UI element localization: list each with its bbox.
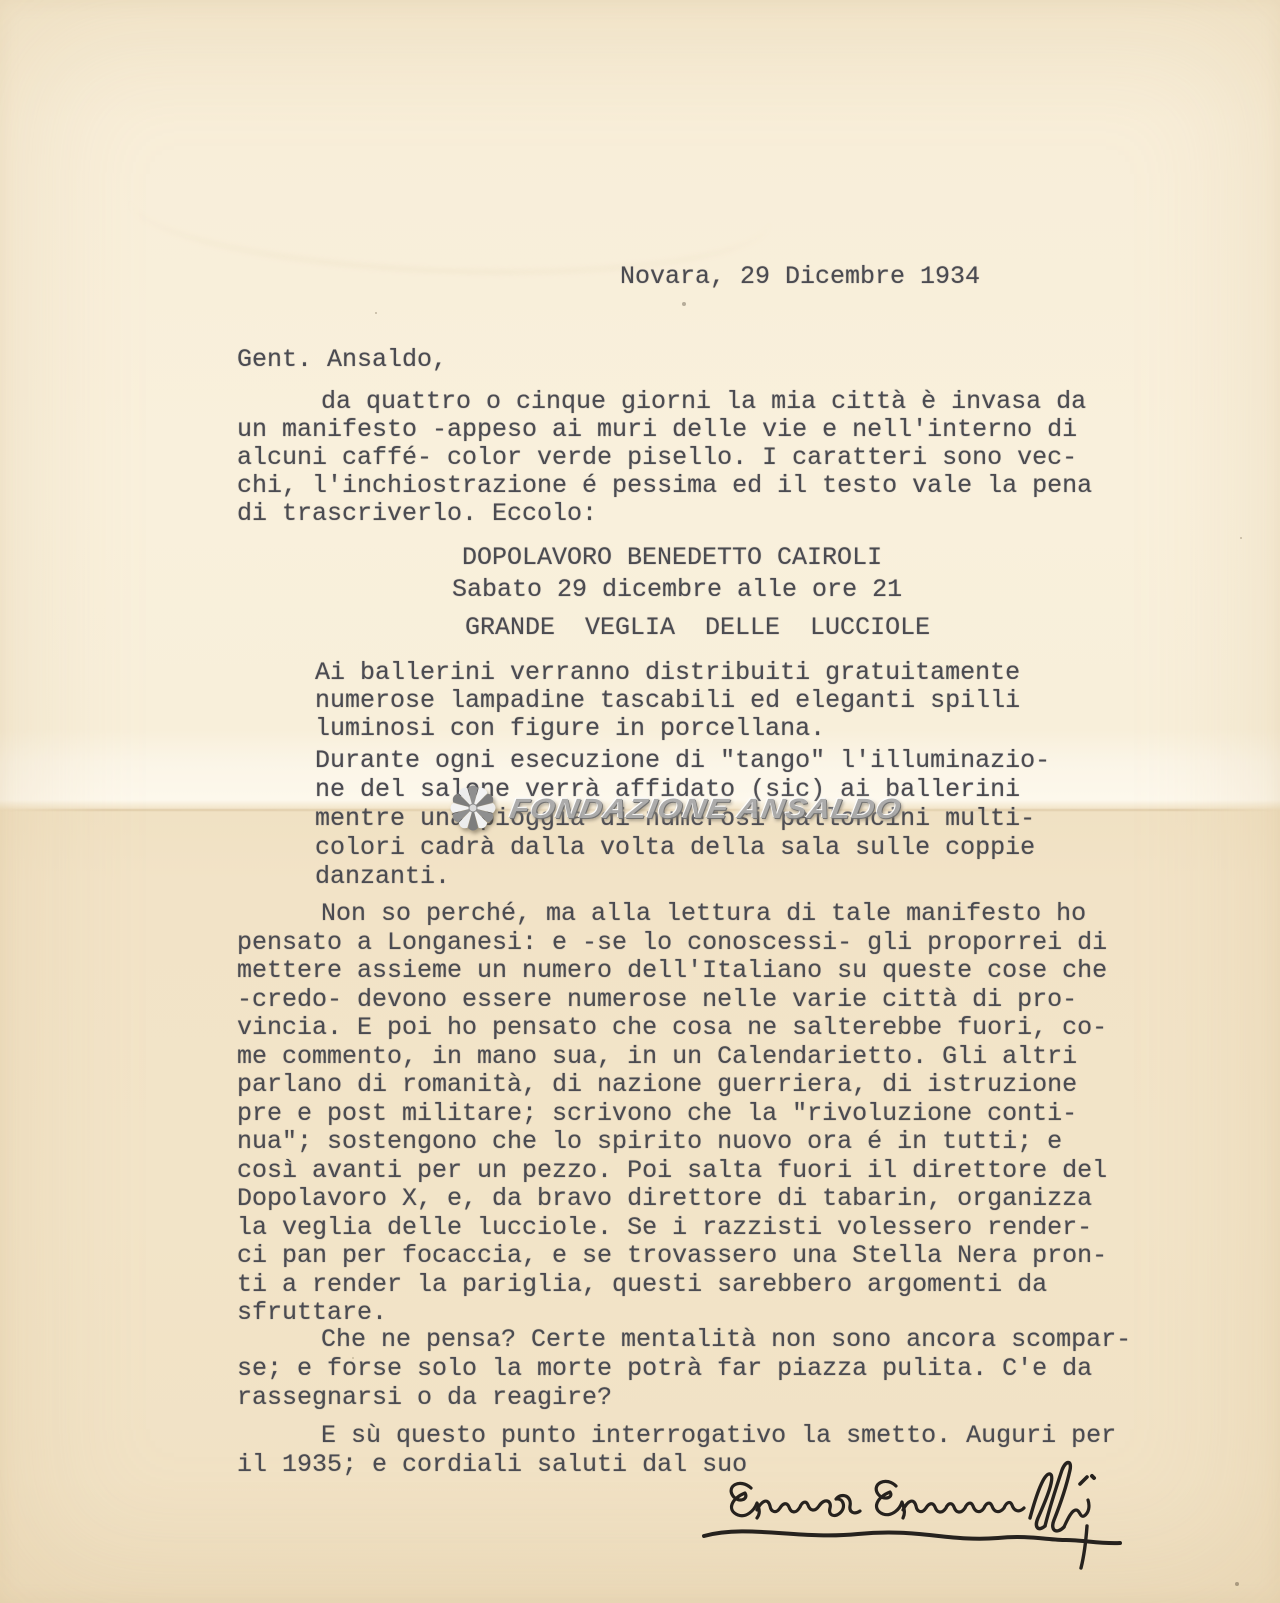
text-line: Che ne pensa? Certe mentalità non sono a… <box>237 1325 1131 1354</box>
paragraph-poster-details-2: Durante ogni esecuzione di "tango" l'ill… <box>315 746 1050 891</box>
text-line: da quattro o cinque giorni la mia città … <box>237 388 1092 416</box>
text-line: la veglia delle lucciole. Se i razzisti … <box>237 1214 1107 1243</box>
paragraph-question: Che ne pensa? Certe mentalità non sono a… <box>237 1325 1131 1412</box>
paper-specks <box>0 0 2 2</box>
text-line: chi, l'inchiostrazione é pessima ed il t… <box>237 472 1092 500</box>
signature-block: Enrico Emanuelli <box>688 1448 1138 1588</box>
text-line: un manifesto -appeso ai muri delle vie e… <box>237 416 1092 444</box>
text-line: ne del salone verrà affidato (sic) ai ba… <box>315 775 1050 804</box>
text-line: così avanti per un pezzo. Poi salta fuor… <box>237 1157 1107 1186</box>
text-line: -credo- devono essere numerose nelle var… <box>237 986 1107 1015</box>
text-line: rassegnarsi o da reagire? <box>237 1383 1131 1412</box>
text-line: numerose lampadine tascabili ed eleganti… <box>315 687 1020 715</box>
text-line: sfruttare. <box>237 1299 1107 1328</box>
text-line: mettere assieme un numero dell'Italiano … <box>237 957 1107 986</box>
text-line: Durante ogni esecuzione di "tango" l'ill… <box>315 746 1050 775</box>
text-line: E sù questo punto interrogativo la smett… <box>237 1421 1116 1450</box>
text-line: luminosi con figure in porcellana. <box>315 715 1020 743</box>
poster-organization: DOPOLAVORO BENEDETTO CAIROLI <box>462 544 882 572</box>
text-line: pre e post militare; scrivono che la "ri… <box>237 1100 1107 1129</box>
text-line: vincia. E poi ho pensato che cosa ne sal… <box>237 1014 1107 1043</box>
text-line: di trascriverlo. Eccolo: <box>237 500 1092 528</box>
text-line: colori cadrà dalla volta della sala sull… <box>315 833 1050 862</box>
poster-event-title: GRANDE VEGLIA DELLE LUCCIOLE <box>465 614 930 642</box>
text-line: Ai ballerini verranno distribuiti gratui… <box>315 659 1020 687</box>
text-line: ti a render la pariglia, questi sarebber… <box>237 1271 1107 1300</box>
paragraph-poster-details-1: Ai ballerini verranno distribuiti gratui… <box>315 659 1020 743</box>
text-line: ci pan per focaccia, e se trovassero una… <box>237 1242 1107 1271</box>
paragraph-intro: da quattro o cinque giorni la mia città … <box>237 388 1092 528</box>
text-line: pensato a Longanesi: e -se lo conoscessi… <box>237 929 1107 958</box>
text-line: mentre una pioggia di numerosi palloncin… <box>315 804 1050 833</box>
text-line: me commento, in mano sua, in un Calendar… <box>237 1043 1107 1072</box>
text-line: alcuni caffé- color verde pisello. I car… <box>237 444 1092 472</box>
letter-date: Novara, 29 Dicembre 1934 <box>620 262 980 292</box>
text-line: se; e forse solo la morte potrà far piaz… <box>237 1354 1131 1383</box>
text-line: Non so perché, ma alla lettura di tale m… <box>237 900 1107 929</box>
paragraph-commentary: Non so perché, ma alla lettura di tale m… <box>237 900 1107 1328</box>
text-line: danzanti. <box>315 862 1050 891</box>
signature-enrico-emanuelli-icon <box>688 1448 1138 1583</box>
scanned-letter-page: Novara, 29 Dicembre 1934 Gent. Ansaldo, … <box>0 0 1280 1603</box>
text-line: parlano di romanità, di nazione guerrier… <box>237 1071 1107 1100</box>
text-line: Dopolavoro X, e, da bravo direttore di t… <box>237 1185 1107 1214</box>
text-line: nua"; sostengono che lo spirito nuovo or… <box>237 1128 1107 1157</box>
salutation: Gent. Ansaldo, <box>237 345 447 375</box>
poster-date-time: Sabato 29 dicembre alle ore 21 <box>452 576 902 604</box>
